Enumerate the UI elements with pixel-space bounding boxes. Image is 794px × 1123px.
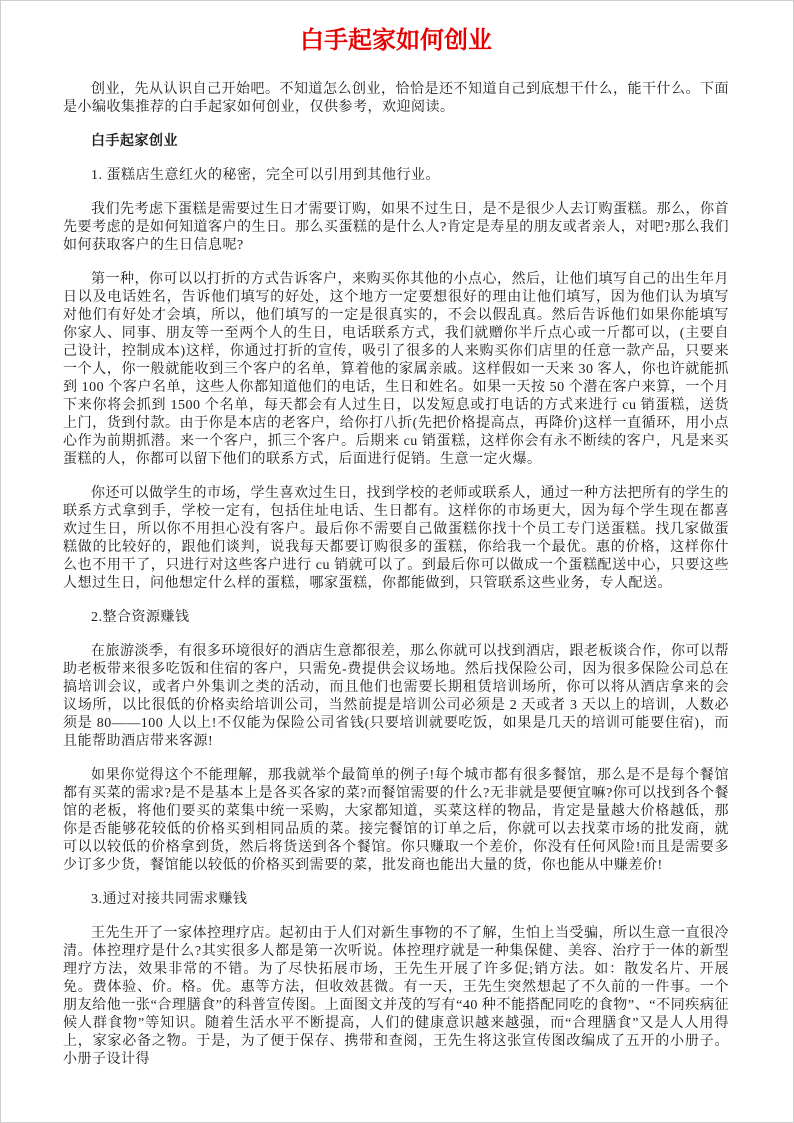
numbered-section-heading: 3.通过对接共同需求赚钱: [63, 891, 729, 909]
body-paragraph: 王先生开了一家体控理疗店。起初由于人们对新生事物的不了解，生怕上当受骗，所以生意…: [63, 925, 729, 1069]
document-body: 创业，先从认识自己开始吧。不知道怎么创业，恰恰是还不知道自己到底想干什么，能干什…: [63, 81, 729, 1069]
body-paragraph: 在旅游淡季，有很多环境很好的酒店生意都很差，那么你就可以找到酒店，跟老板谈合作，…: [63, 643, 729, 751]
body-paragraph: 创业，先从认识自己开始吧。不知道怎么创业，恰恰是还不知道自己到底想干什么，能干什…: [63, 81, 729, 117]
numbered-section-heading: 2.整合资源赚钱: [63, 609, 729, 627]
bold-heading: 白手起家创业: [63, 133, 729, 151]
body-paragraph: 你还可以做学生的市场，学生喜欢过生日，找到学校的老师或联系人，通过一种方法把所有…: [63, 485, 729, 593]
body-paragraph: 第一种，你可以以打折的方式告诉客户，来购买你其他的小点心，然后，让他们填写自己的…: [63, 271, 729, 469]
body-paragraph: 我们先考虑下蛋糕是需要过生日才需要订购，如果不过生日，是不是很少人去订购蛋糕。那…: [63, 201, 729, 255]
body-paragraph: 如果你觉得这个不能理解，那我就举个最简单的例子!每个城市都有很多餐馆，那么是不是…: [63, 767, 729, 875]
document-page: 白手起家如何创业 创业，先从认识自己开始吧。不知道怎么创业，恰恰是还不知道自己到…: [0, 0, 794, 1123]
numbered-section-heading: 1. 蛋糕店生意红火的秘密，完全可以引用到其他行业。: [63, 167, 729, 185]
document-content: 白手起家如何创业 创业，先从认识自己开始吧。不知道怎么创业，恰恰是还不知道自己到…: [1, 1, 793, 1069]
document-title: 白手起家如何创业: [63, 25, 729, 57]
